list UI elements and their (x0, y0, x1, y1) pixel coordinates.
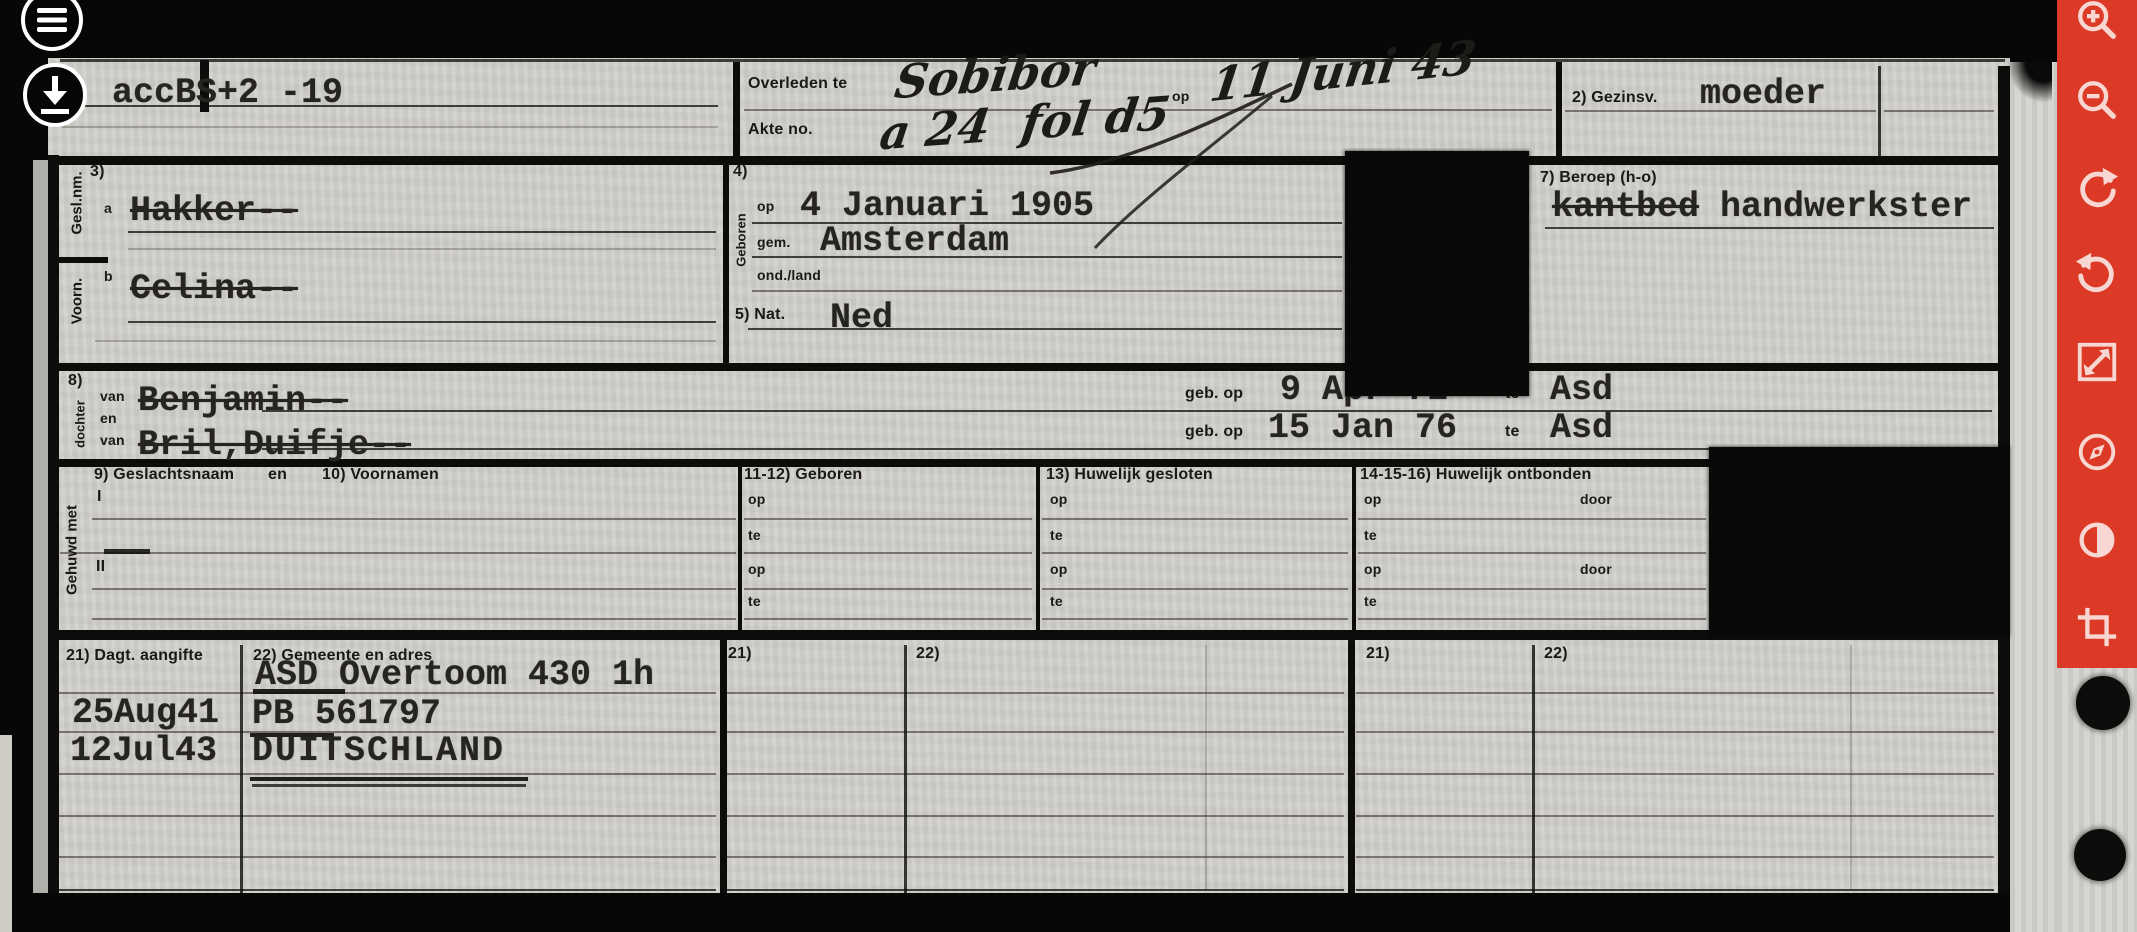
nat-value: Ned (830, 301, 893, 336)
van1-label: van (100, 388, 125, 404)
paper-edge-right (2010, 62, 2057, 932)
beroep-value: kantbed handwerkster (1552, 190, 1972, 225)
dochter-side-label: dochter (73, 400, 88, 448)
header-divider-2 (1556, 62, 1562, 156)
col2-op1: op (748, 491, 766, 507)
rotate-cw-icon (2074, 165, 2120, 211)
zoom-out-icon (2074, 77, 2120, 123)
firstname-value: Celina-- (130, 272, 298, 307)
col2-te2: te (748, 593, 761, 609)
col4-te1: te (1364, 527, 1377, 543)
col22-short-3: 22) (1544, 645, 1568, 663)
paper-edge-left (33, 160, 48, 893)
mother-name: Bril,Duifje-- (138, 428, 411, 463)
bottom-divider-2 (720, 640, 727, 893)
fullscreen-icon (2074, 339, 2120, 385)
paper-edge-far-left (0, 735, 12, 932)
van2-label: van (100, 432, 125, 448)
col4-header: 14-15-16) Huwelijk ontbonden (1360, 466, 1591, 484)
col3-header: 13) Huwelijk gesloten (1046, 466, 1213, 484)
row8-top-border (48, 363, 2005, 371)
marriage-divider-3 (1352, 467, 1356, 630)
rotate-cw-button[interactable] (2074, 165, 2120, 211)
crop-icon (2074, 604, 2120, 650)
bottom-divider-4 (1348, 640, 1355, 893)
col2-te1: te (748, 527, 761, 543)
crop-button[interactable] (2074, 604, 2120, 650)
col4-door2: door (1580, 561, 1612, 577)
bottom-divider-5 (1532, 645, 1535, 893)
geb-op-label-1: geb. op (1185, 385, 1243, 403)
col1-header-en: en (268, 466, 287, 484)
geb-op-label-2: geb. op (1185, 423, 1243, 441)
contrast-button[interactable] (2074, 517, 2120, 563)
col1-header-b: 10) Voornamen (322, 466, 439, 484)
punch-hole-bottom (2074, 829, 2126, 881)
entry-address-1: ASD Overtoom 430 1h (255, 658, 654, 693)
father-name: Benjamin-- (138, 384, 348, 419)
col21-short-3: 21) (1366, 645, 1390, 663)
col4-op2: op (1364, 561, 1382, 577)
entry-date-2: 25Aug41 (72, 696, 219, 731)
voorn-side-label: Voorn. (69, 278, 86, 324)
b-label: b (104, 268, 113, 284)
col2-op2: op (748, 561, 766, 577)
marriage-divider-2 (1036, 467, 1040, 630)
bottom-divider-3 (904, 645, 907, 893)
beroep-label: 7) Beroep (h-o) (1540, 169, 1657, 187)
menu-button[interactable] (19, 0, 85, 53)
header-divider-3 (1878, 66, 1881, 156)
col4-op1: op (1364, 491, 1382, 507)
underline-duitschland-1 (250, 777, 528, 781)
bottom-divider-1 (240, 645, 243, 893)
col22-short-2: 22) (916, 645, 940, 663)
fullscreen-button[interactable] (2074, 339, 2120, 385)
entry-address-3: DUITSCHLAND (252, 734, 505, 769)
overleden-label: Overleden te (748, 75, 847, 93)
zoom-in-button[interactable] (2074, 0, 2120, 43)
redaction-box-1 (1345, 151, 1529, 396)
stray-ink-dash (104, 549, 150, 554)
parents-section-num: 8) (68, 372, 83, 390)
col3-te1: te (1050, 527, 1063, 543)
download-icon (21, 61, 89, 129)
birth-op-label: op (757, 198, 775, 214)
col1-header-a: 9) Geslachtsnaam (94, 466, 234, 484)
birth-date-value: 4 Januari 1905 (800, 189, 1094, 224)
entry-date-3: 12Jul43 (70, 734, 217, 769)
father-birth-place: Asd (1550, 373, 1613, 408)
card-left-border (48, 155, 59, 893)
col3-op1: op (1050, 491, 1068, 507)
a-label: a (104, 200, 112, 216)
menu-icon (19, 0, 85, 53)
col21-short-2: 21) (728, 645, 752, 663)
gezinsv-label: 2) Gezinsv. (1572, 89, 1658, 107)
name-section-num: 3) (90, 163, 105, 181)
entry-address-2: PB 561797 (252, 697, 441, 732)
download-button[interactable] (21, 61, 89, 129)
surname-value: Hakker-- (130, 194, 298, 229)
compass-icon (2074, 429, 2120, 475)
document-viewer: accBS+2 -19 Overleden te Sobibor op 11 J… (0, 0, 2137, 932)
compass-button[interactable] (2074, 429, 2120, 475)
contrast-icon (2074, 517, 2120, 563)
gezinsv-value: moeder (1700, 77, 1826, 112)
section-divider (723, 165, 729, 363)
gem-label: gem. (757, 234, 790, 250)
geboren-side-label: Geboren (734, 213, 749, 266)
col3-te2: te (1050, 593, 1063, 609)
col4-door1: door (1580, 491, 1612, 507)
akte-label: Akte no. (748, 121, 813, 139)
col21-header: 21) Dagt. aangifte (66, 647, 203, 665)
marriage-row1-label: I (97, 488, 102, 506)
card-corner-shadow (2008, 62, 2052, 102)
zoom-in-icon (2074, 0, 2120, 43)
birth-section-num: 4) (733, 163, 748, 181)
acc-number: accBS+2 -19 (112, 76, 343, 111)
header-divider-1 (733, 62, 740, 156)
te-label-2: te (1505, 423, 1520, 441)
punch-hole-top (2076, 676, 2130, 730)
marriage-row2-label: II (96, 558, 105, 576)
gehuwd-met-side-label: Gehuwd met (64, 505, 81, 595)
pen-flourish (1020, 78, 1320, 258)
beroep-struck-part: kantbed (1552, 187, 1699, 227)
col2-header: 11-12) Geboren (744, 466, 862, 484)
col4-te2: te (1364, 593, 1377, 609)
rotate-ccw-icon (2074, 250, 2120, 296)
underline-duitschland-2 (252, 784, 526, 787)
en-label: en (100, 410, 117, 426)
marriage-divider-1 (738, 467, 742, 630)
beroep-value-part: handwerkster (1699, 187, 1972, 227)
nat-label: 5) Nat. (735, 306, 785, 324)
geslnm-side-label: Gesl.nm. (69, 171, 86, 234)
side-label-tick (58, 257, 108, 263)
mother-birth-place: Asd (1550, 411, 1613, 446)
redaction-box-2 (1709, 447, 2009, 635)
ondland-label: ond./land (757, 267, 821, 283)
gem-value: Amsterdam (820, 224, 1009, 259)
col3-op2: op (1050, 561, 1068, 577)
mother-birth-date: 15 Jan 76 (1268, 411, 1457, 446)
rotate-ccw-button[interactable] (2074, 250, 2120, 296)
zoom-out-button[interactable] (2074, 77, 2120, 123)
